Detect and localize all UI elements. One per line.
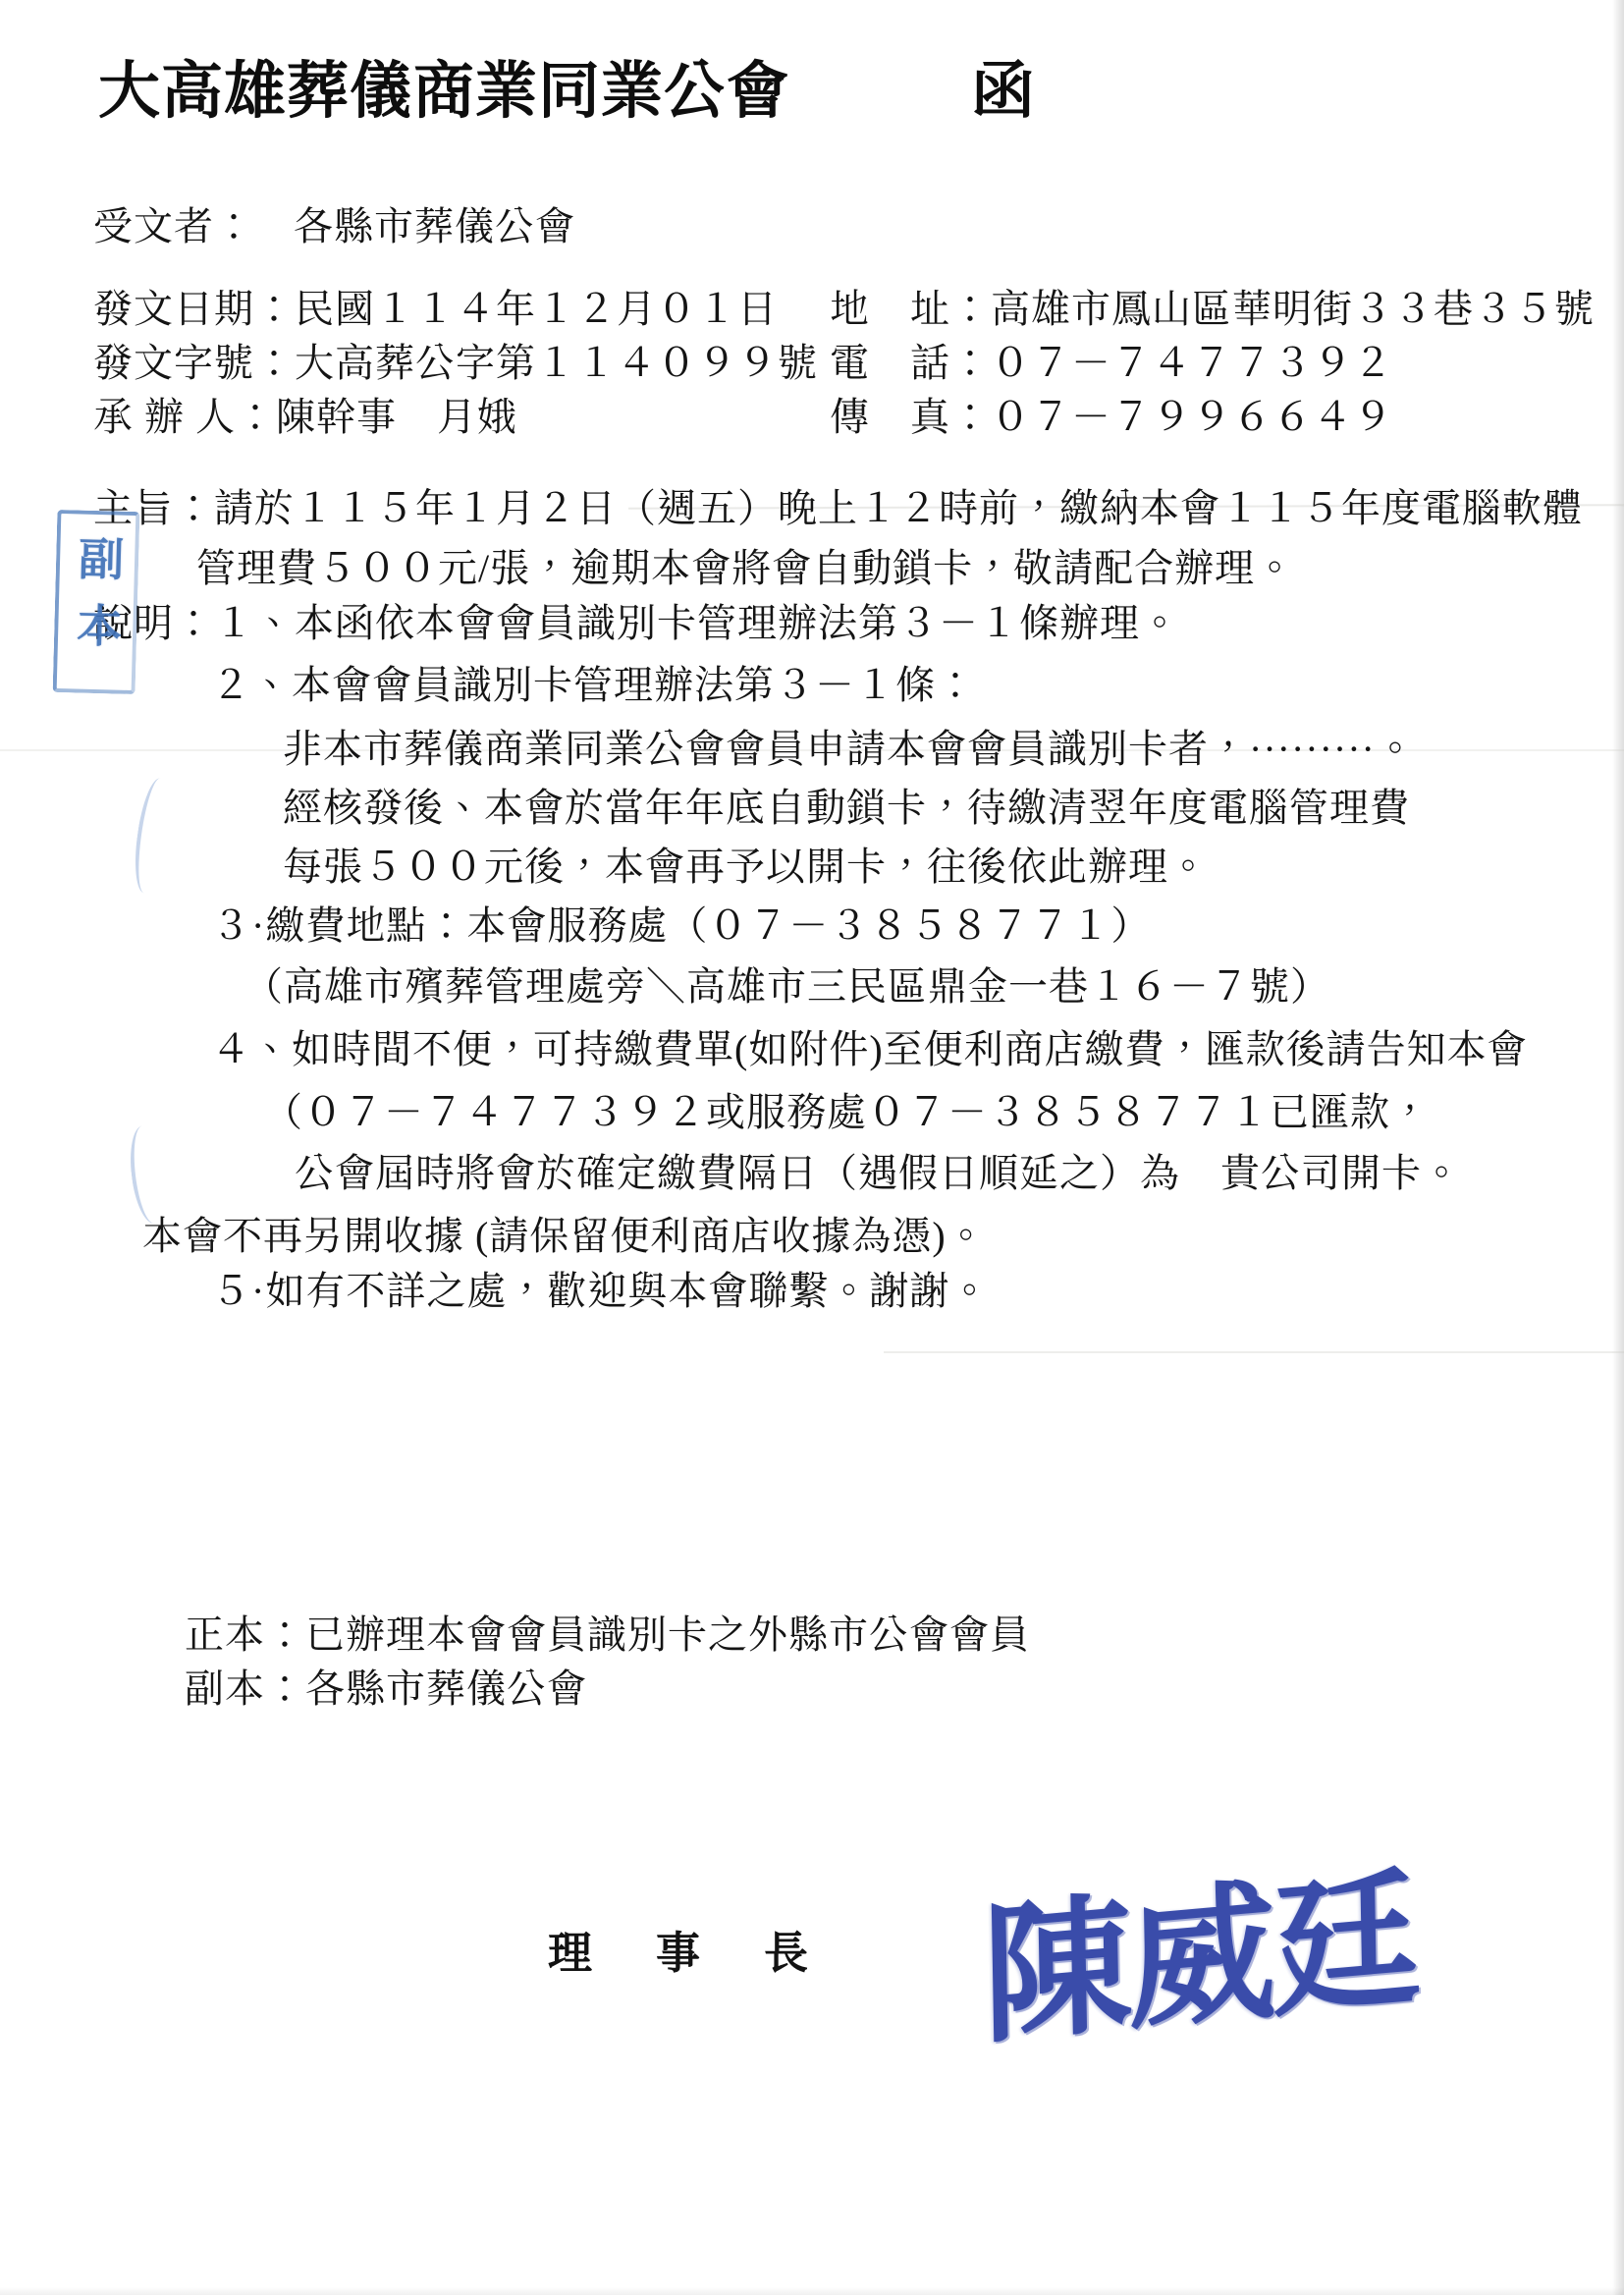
explanation-line-9: （０７－７４７７３９２或服務處０７－３８５８７７１已匯款， [263,1090,1431,1135]
explanation-line-6: ３·繳費地點：本會服務處（０７－３８５８７７１） [211,903,1151,949]
explanation-line-11: 本會不再另開收據 (請保留便利商店收據為憑)。 [142,1214,987,1259]
duplicate-copy-label: 副本： [185,1667,305,1711]
explanation-line-3: 非本市葬儀商業同業公會會員申請本會會員識別卡者，·········。 [283,727,1416,772]
recipient-value: 各縣市葬儀公會 [294,204,575,248]
subject-line-2: 管理費５００元/張，逾期本會將會自動鎖卡，敬請配合辦理。 [196,546,1295,591]
explanation-line-12: ５·如有不詳之處，歡迎與本會聯繫。謝謝。 [211,1269,990,1314]
address-line: 地 址：高雄市鳳山區華明街３３巷３５號 [830,287,1595,332]
stray-ink-mark [126,1123,171,1225]
phone-line: 電 話：０７－７４７７３９２ [830,341,1393,386]
duplicate-copy-line: 副本：各縣市葬儀公會 [185,1667,587,1712]
org-name-title: 大高雄葬儀商業同業公會 [98,41,789,131]
original-copy-label: 正本： [185,1612,305,1657]
explanation-line-4: 經核發後、本會於當年年底自動鎖卡，待繳清翌年度電腦管理費 [283,786,1410,831]
doc-number-label: 發文字號： [93,341,295,385]
recipient-label: 受文者： [93,204,254,248]
duplicate-copy-value: 各縣市葬儀公會 [305,1667,587,1711]
scanned-letter-page: 大高雄葬儀商業同業公會 函 受文者：各縣市葬儀公會 發文日期：民國１１４年１２月… [0,0,1624,2295]
issue-date-label: 發文日期： [93,287,295,331]
phone-label: 電 話： [830,341,991,385]
copy-stamp: 副本 [53,510,140,694]
fax-line: 傳 真：０７－７９９６６４９ [830,395,1393,440]
doc-number-value: 大高葬公字第１１４０９９號 [295,341,818,385]
explanation-line-1: 說明：１、本函依本會會員識別卡管理辦法第３－１條辦理。 [93,601,1180,646]
phone-value: ０７－７４７７３９２ [991,341,1393,385]
document-type-title: 函 [972,41,1034,131]
original-copy-line: 正本：已辦理本會會員識別卡之外縣市公會會員 [185,1612,1030,1658]
doc-number-line: 發文字號：大高葬公字第１１４０９９號 [93,341,818,386]
handler-value: 陳幹事 月娥 [276,395,517,439]
handler-label: 承 辦 人： [93,395,276,439]
issue-date-line: 發文日期：民國１１４年１２月０１日 [93,287,778,332]
chairman-title: 理 事 長 [548,1917,818,1981]
subject-line-1: 主旨：請於１１５年１月２日（週五）晚上１２時前，繳納本會１１５年度電腦軟體 [93,486,1583,531]
explanation-line-2: ２、本會會員識別卡管理辦法第３－１條： [211,663,976,708]
issue-date-value: 民國１１４年１２月０１日 [295,287,778,331]
handler-line: 承 辦 人：陳幹事 月娥 [93,395,517,440]
fax-value: ０７－７９９６６４９ [991,395,1393,439]
stray-ink-mark [130,776,175,895]
copy-stamp-label: 副本 [62,534,131,670]
address-label: 地 址： [830,287,991,331]
explanation-line-8: ４、如時間不便，可持繳費單(如附件)至便利商店繳費，匯款後請告知本會 [211,1027,1528,1072]
fax-label: 傳 真： [830,395,991,439]
explanation-line-5: 每張５００元後，本會再予以開卡，往後依此辦理。 [283,845,1209,890]
chairman-signature-stamp: 陳威廷 [981,1819,1419,2071]
explanation-line-10: 公會屆時將會於確定繳費隔日（遇假日順延之）為 貴公司開卡。 [295,1151,1462,1196]
original-copy-value: 已辦理本會會員識別卡之外縣市公會會員 [305,1612,1030,1657]
scan-edge-shadow-bottom [0,2287,1624,2295]
recipient-line: 受文者：各縣市葬儀公會 [93,204,575,249]
scan-edge-shadow-right [1612,0,1624,2295]
paper-crease [884,1351,1624,1353]
explanation-line-7: （高雄市殯葬管理處旁＼高雄市三民區鼎金一巷１６－７號） [244,964,1330,1010]
address-value: 高雄市鳳山區華明街３３巷３５號 [991,287,1595,331]
